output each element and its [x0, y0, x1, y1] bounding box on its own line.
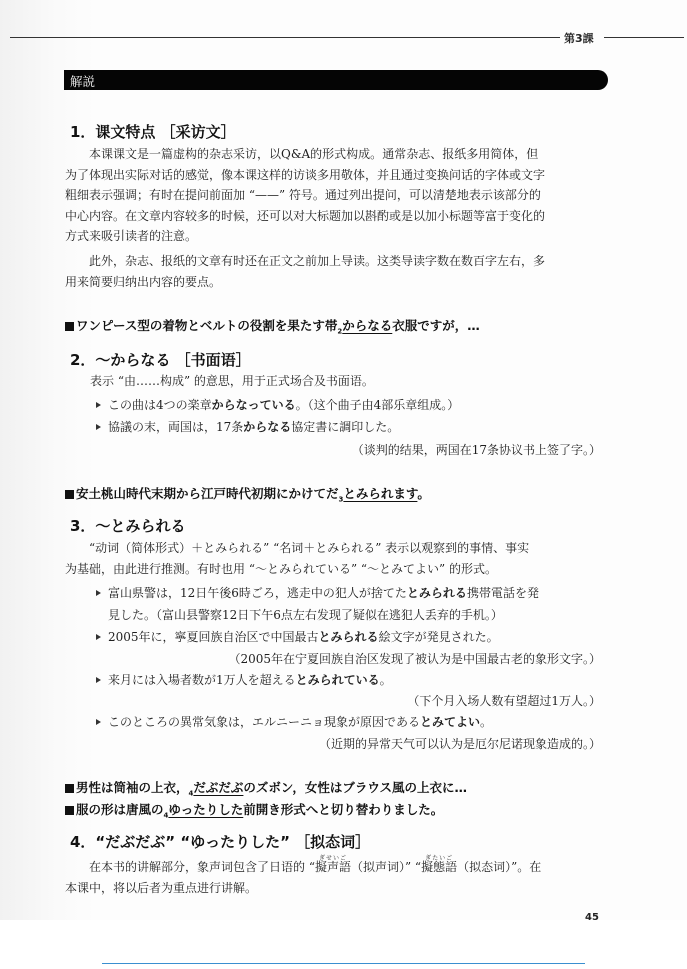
square-bullet-icon: [65, 490, 74, 499]
example-translation: （谈判的结果，两国在17条协议书上签了字。）: [352, 441, 601, 458]
section1-paragraph1: 本课课文是一篇虚构的杂志采访，以Q&A的形式构成。通常杂志、报纸多用简体，但 为…: [65, 144, 545, 247]
square-bullet-icon: [65, 322, 74, 331]
section2-explanation: 表示 “由……构成” 的意思，用于正式场合及书面语。: [90, 371, 374, 392]
triangle-bullet-icon: [96, 402, 101, 408]
example-item: 協議の末，両国は，17条からなる協定書に調印した。: [96, 418, 399, 435]
example-translation: （2005年在宁夏回族自治区发现了被认为是中国最古老的象形文字。）: [228, 650, 601, 667]
ruby-term: ぎたいご擬態語: [421, 857, 457, 878]
example-item: この曲は4つの楽章からなっている。（这个曲子由4部乐章组成。）: [96, 396, 459, 413]
section-title: 解説: [70, 72, 95, 90]
section4-paragraph: 在本书的讲解部分，象声词包含了日语的 “ぎせいご擬声語（拟声词）” “ぎたいご擬…: [65, 857, 541, 898]
triangle-bullet-icon: [96, 424, 101, 430]
text-line: 此外，杂志、报纸的文章有时还在正文之前加上导读。这类导读字数在数百字左右，多: [65, 251, 545, 272]
section1-heading: 1．课文特点 ［采访文］: [70, 121, 236, 142]
triangle-bullet-icon: [96, 634, 101, 640]
page-bottom-area: [0, 920, 687, 969]
section2-heading: 2．～からなる ［书面语］: [70, 349, 251, 370]
text-line: 本课中，将以后者为重点进行讲解。: [65, 878, 541, 899]
triangle-bullet-icon: [96, 719, 101, 725]
textbook-quote-2: 安土桃山時代末期から江戸時代初期にかけてだ3とみられます。: [65, 484, 430, 504]
ruby-term: ぎせいご擬声語: [315, 857, 351, 878]
bottom-divider: [102, 963, 585, 964]
section-title-bar: 解説: [64, 70, 608, 90]
header-rule-right: [604, 37, 684, 38]
text-line: 方式来吸引读者的注意。: [65, 226, 545, 247]
header-rule-left: [10, 37, 560, 38]
textbook-quote-1: ワンピース型の着物とベルトの役割を果たす帯2からなる衣服ですが，…: [65, 316, 480, 336]
textbook-quote-3: 男性は筒袖の上衣，4だぶだぶのズボン，女性はブラウス風の上衣に…: [65, 778, 467, 798]
lesson-label: 第3課: [564, 30, 594, 46]
text-line: 为了体现出实际对话的感觉，像本课这样的访谈多用敬体，并且通过变换问话的字体或文字: [65, 165, 545, 186]
document-page: 第3課 解説 1．课文特点 ［采访文］ 本课课文是一篇虚构的杂志采访，以Q&A的…: [0, 0, 687, 969]
example-item: 2005年に，寧夏回族自治区で中国最古とみられる絵文字が発見された。: [96, 628, 499, 645]
text-line: “动词（简体形式）＋とみられる” “名词＋とみられる” 表示以观察到的事情、事实: [65, 538, 529, 559]
square-bullet-icon: [65, 784, 74, 793]
text-line: 中心内容。在文章内容较多的时候，还可以对大标题加以斟酌或是以加小标题等富于变化的: [65, 206, 545, 227]
example-continuation: 見した。（富山县警察12日下午6点左右发现了疑似在逃犯人丢弃的手机。）: [108, 606, 503, 623]
triangle-bullet-icon: [96, 590, 101, 596]
section3-heading: 3．～とみられる: [70, 515, 185, 536]
text-line: 用来简要归纳出内容的要点。: [65, 272, 545, 293]
example-translation: （近期的异常天气可以认为是厄尔尼诺现象造成的。）: [319, 735, 601, 752]
section1-paragraph2: 此外，杂志、报纸的文章有时还在正文之前加上导读。这类导读字数在数百字左右，多 用…: [65, 251, 545, 292]
example-item: 来月には入場者数が1万人を超えるとみられている。: [96, 671, 392, 688]
text-line: 粗细表示强调；有时在提问前面加 “——” 符号。通过列出提问，可以清楚地表示该部…: [65, 185, 545, 206]
triangle-bullet-icon: [96, 677, 101, 683]
example-item: このところの異常気象は，エルニーニョ現象が原因であるとみてよい。: [96, 713, 492, 730]
example-item: 富山県警は，12日午後6時ごろ，逃走中の犯人が捨てたとみられる携帯電話を発: [96, 584, 539, 601]
section3-explanation: “动词（简体形式）＋とみられる” “名词＋とみられる” 表示以观察到的事情、事实…: [65, 538, 529, 579]
text-line: 为基础，由此进行推测。有时也用 “～とみられている” “～とみてよい” 的形式。: [65, 559, 529, 580]
example-translation: （下个月入场人数有望超过1万人。）: [407, 692, 601, 709]
text-line: 本课课文是一篇虚构的杂志采访，以Q&A的形式构成。通常杂志、报纸多用简体，但: [65, 144, 545, 165]
textbook-quote-4: 服の形は唐風の4ゆったりした前開き形式へと切り替わりました。: [65, 800, 443, 820]
text-line: 在本书的讲解部分，象声词包含了日语的 “ぎせいご擬声語（拟声词）” “ぎたいご擬…: [65, 857, 541, 878]
square-bullet-icon: [65, 806, 74, 815]
page-number: 45: [585, 912, 599, 920]
